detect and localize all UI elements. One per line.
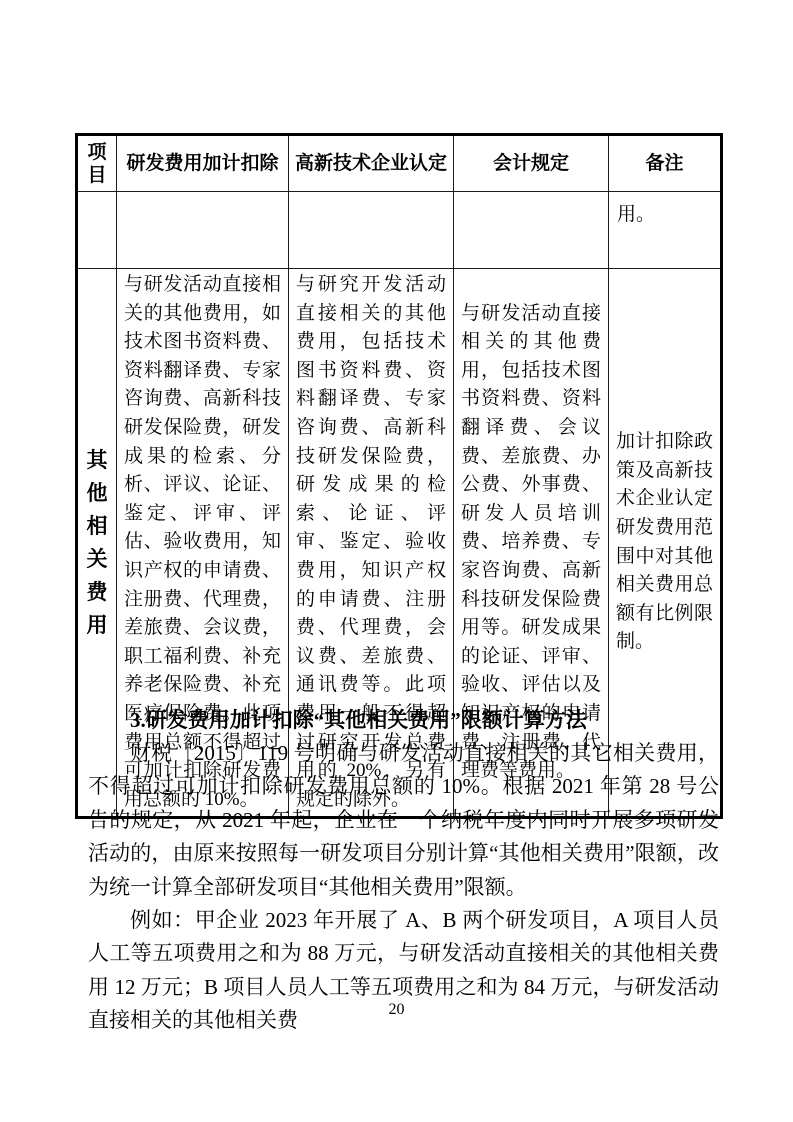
section-heading: 3.研发费用加计扣除“其他相关费用”限额计算方法 [88, 704, 719, 737]
cell-accounting-cont [454, 192, 609, 269]
header-project: 项目 [77, 135, 117, 192]
body-text: 3.研发费用加计扣除“其他相关费用”限额计算方法 财税〔2015〕119 号明确… [88, 704, 719, 1038]
header-rd-deduction: 研发费用加计扣除 [117, 135, 289, 192]
paragraph-rule: 财税〔2015〕119 号明确与研发活动直接相关的其它相关费用，不得超过可加计扣… [88, 737, 719, 904]
header-remark: 备注 [609, 135, 722, 192]
cell-high-tech-cont [289, 192, 454, 269]
cell-rd-deduction-cont [117, 192, 289, 269]
document-page: 项目 研发费用加计扣除 高新技术企业认定 会计规定 备注 用。 其他相关费用 与… [0, 0, 793, 1122]
cell-project-cont [77, 192, 117, 269]
table-row-continuation: 用。 [77, 192, 722, 269]
header-accounting: 会计规定 [454, 135, 609, 192]
table-header-row: 项目 研发费用加计扣除 高新技术企业认定 会计规定 备注 [77, 135, 722, 192]
cell-remark-cont: 用。 [609, 192, 722, 269]
header-high-tech: 高新技术企业认定 [289, 135, 454, 192]
page-number: 20 [0, 1001, 793, 1019]
